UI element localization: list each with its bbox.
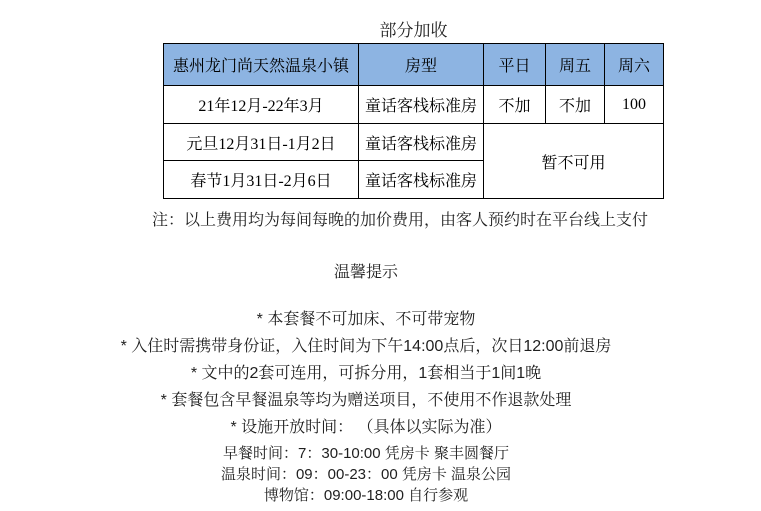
document-page: 部分加收 惠州龙门尚天然温泉小镇 房型 平日 周五 周六 21年12月-22年3… (0, 0, 761, 511)
cell-room-type: 童话客栈标准房 (359, 86, 484, 124)
merged-unavailable-cell: 暂不可用 (484, 124, 664, 199)
surcharge-table: 惠州龙门尚天然温泉小镇 房型 平日 周五 周六 21年12月-22年3月 童话客… (163, 43, 664, 199)
schedule-line-museum: 博物馆：09:00-18:00 自行参观 (0, 485, 732, 506)
schedule-list: 早餐时间：7：30-10:00 凭房卡 聚丰圆餐厅 温泉时间：09：00-23：… (0, 443, 732, 506)
tips-title: 温馨提示 (0, 259, 732, 282)
table-header-row: 惠州龙门尚天然温泉小镇 房型 平日 周五 周六 (164, 44, 664, 86)
cell-period: 春节1月31日-2月6日 (164, 161, 359, 199)
schedule-line-hotspring: 温泉时间：09：00-23：00 凭房卡 温泉公园 (0, 464, 732, 485)
cell-room-type: 童话客栈标准房 (359, 161, 484, 199)
table-row: 元旦12月31日-1月2日 童话客栈标准房 暂不可用 (164, 124, 664, 161)
cell-saturday-price: 100 (605, 86, 664, 124)
cell-room-type: 童话客栈标准房 (359, 124, 484, 161)
tips-list: * 本套餐不可加床、不可带宠物 * 入住时需携带身份证，入住时间为下午14:00… (0, 306, 732, 441)
cell-friday-price: 不加 (546, 86, 605, 124)
cell-weekday-price: 不加 (484, 86, 546, 124)
header-hotel-name: 惠州龙门尚天然温泉小镇 (164, 44, 359, 86)
header-friday: 周五 (546, 44, 605, 86)
tip-line: * 设施开放时间： （具体以实际为准） (0, 414, 732, 441)
cell-period: 21年12月-22年3月 (164, 86, 359, 124)
table-row: 21年12月-22年3月 童话客栈标准房 不加 不加 100 (164, 86, 664, 124)
tip-line: * 套餐包含早餐温泉等均为赠送项目，不使用不作退款处理 (0, 387, 732, 414)
schedule-line-breakfast: 早餐时间：7：30-10:00 凭房卡 聚丰圆餐厅 (0, 443, 732, 464)
tip-line: * 入住时需携带身份证，入住时间为下午14:00点后，次日12:00前退房 (0, 333, 732, 360)
page-title: 部分加收 (164, 16, 663, 41)
header-weekday: 平日 (484, 44, 546, 86)
tip-line: * 文中的2套可连用，可拆分用，1套相当于1间1晚 (0, 360, 732, 387)
header-saturday: 周六 (605, 44, 664, 86)
tip-line: * 本套餐不可加床、不可带宠物 (0, 306, 732, 333)
header-room-type: 房型 (359, 44, 484, 86)
cell-period: 元旦12月31日-1月2日 (164, 124, 359, 161)
note-line: 注：以上费用均为每间每晚的加价费用，由客人预约时在平台线上支付 (152, 207, 648, 230)
